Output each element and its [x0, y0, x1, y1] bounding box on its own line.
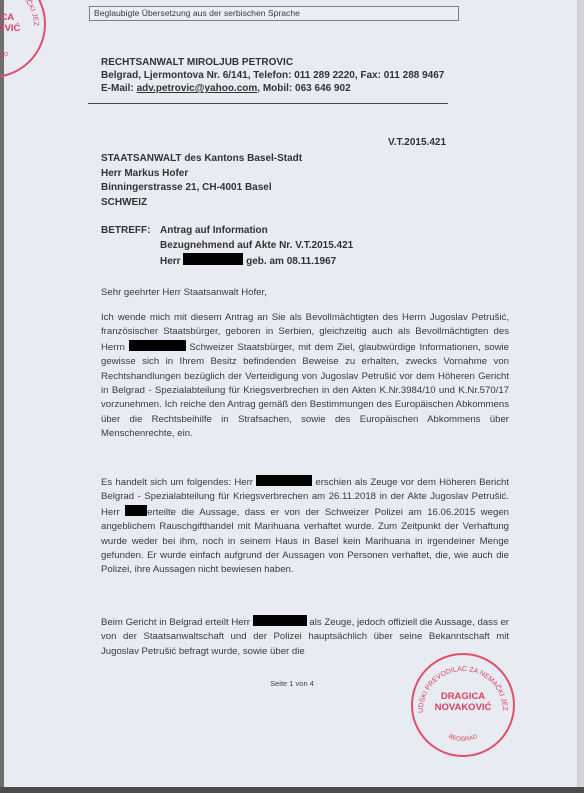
svg-text:BEOGRAD: BEOGRAD [0, 51, 10, 60]
paragraph-3: Beim Gericht in Belgrad erteilt Herr als… [101, 615, 509, 659]
letterhead-divider [88, 103, 448, 104]
redaction-box [129, 340, 186, 351]
recipient-address: STAATSANWALT des Kantons Basel-Stadt Her… [101, 152, 302, 210]
salutation: Sehr geehrter Herr Staatsanwalt Hofer, [101, 287, 267, 298]
paragraph-2: Es handelt sich um folgendes: Herr ersch… [101, 475, 509, 578]
subject-label: BETREFF: [101, 223, 150, 238]
lawyer-address: Belgrad, Ljermontova Nr. 6/141, Telefon:… [101, 69, 444, 82]
redaction-box [256, 475, 312, 486]
lawyer-name: RECHTSANWALT MIROLJUB PETROVIC [101, 56, 444, 69]
paragraph-1: Ich wende mich mit diesem Antrag an Sie … [101, 311, 509, 442]
redaction-box [125, 505, 147, 516]
translator-stamp: SUDSKI PREVODILAC ZA NEMAČKI JEZIK BEOGR… [411, 653, 515, 757]
scan-edge-right [578, 0, 584, 787]
reference-number: V.T.2015.421 [388, 137, 446, 148]
email-link[interactable]: adv.petrovic@yahoo.com [137, 83, 258, 94]
scan-edge-bottom [0, 787, 584, 793]
lawyer-contact: E-Mail: adv.petrovic@yahoo.com, Mobil: 0… [101, 82, 444, 95]
letterhead: RECHTSANWALT MIROLJUB PETROVIC Belgrad, … [101, 56, 444, 95]
translation-header-box: Beglaubigte Übersetzung aus der serbisch… [89, 6, 459, 21]
svg-text:BEOGRAD: BEOGRAD [448, 734, 479, 743]
stamp-name: DRAGICANOVAKOVIĆ [413, 691, 513, 713]
redaction-box [253, 615, 307, 626]
translator-stamp-top: SUDSKI PREVODILAC ZA NEMAČKI JEZIK BEOGR… [0, 0, 46, 78]
stamp-name: DRAGICANOVAKOVIĆ [0, 12, 44, 34]
redaction-box [183, 253, 243, 265]
